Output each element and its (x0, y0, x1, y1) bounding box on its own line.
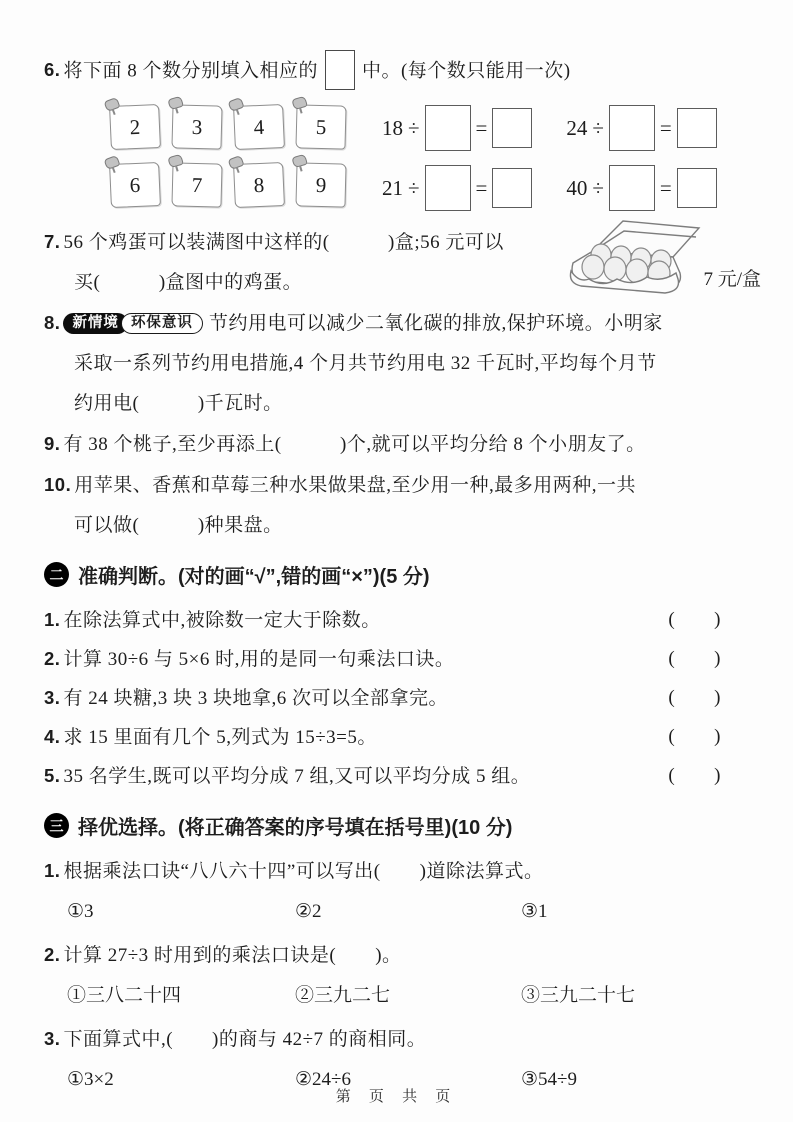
question-8-line3: 约用电( )千瓦时。 (44, 389, 753, 418)
quotient-box[interactable] (677, 168, 717, 208)
division-equation: 18÷= (382, 105, 532, 151)
question-7-text: 56 个鸡蛋可以装满图中这样的( )盒;56 元可以 (63, 232, 503, 253)
pushpin-icon (291, 96, 308, 111)
dividend: 21 (382, 176, 403, 201)
mc-number: 3. (44, 1028, 60, 1049)
tf-item: 5.35 名学生,既可以平均分成 7 组,又可以平均分成 5 组。 ( ) (44, 761, 753, 791)
question-10-line1: 10.用苹果、香蕉和草莓三种水果做果盘,至少用一种,最多用两种,一共 (44, 470, 753, 500)
tf-statement: 求 15 里面有几个 5,列式为 15÷3=5。 (63, 727, 376, 748)
mc-option[interactable]: ①3 (67, 897, 295, 926)
question-6-text-after: 中。(每个数只能用一次) (362, 60, 571, 81)
section-3-title: 择优选择。(将正确答案的序号填在括号里)(10 分) (78, 811, 512, 840)
pushpin-icon (228, 97, 245, 112)
tf-answer-blank[interactable]: ( ) (668, 722, 721, 752)
card-value: 6 (129, 172, 141, 197)
mc-options: ①3 ②2 ③1 (44, 897, 753, 926)
number-card: 7 (171, 162, 222, 207)
question-8-line2: 采取一系列节约用电措施,4 个月共节约用电 32 千瓦时,平均每个月节 (44, 349, 753, 378)
mc-item: 2.计算 27÷3 时用到的乘法口诀是( )。 ①三八二十四 ②三九二七 ③三九… (44, 940, 753, 1010)
divisor-box[interactable] (425, 105, 471, 151)
tf-answer-blank[interactable]: ( ) (668, 605, 721, 635)
equals-sign: = (476, 176, 488, 201)
mc-number: 2. (44, 944, 60, 965)
tf-item: 4.求 15 里面有几个 5,列式为 15÷3=5。 ( ) (44, 722, 753, 752)
quotient-box[interactable] (677, 108, 717, 148)
question-8: 8.新情境环保意识节约用电可以减少二氧化碳的排放,保护环境。小明家 采取一系列节… (44, 308, 753, 418)
tf-answer-blank[interactable]: ( ) (668, 761, 721, 791)
tf-number: 2. (44, 648, 60, 669)
equals-sign: = (660, 176, 672, 201)
quotient-box[interactable] (492, 168, 532, 208)
mc-stem: 1.根据乘法口诀“八八六十四”可以写出( )道除法算式。 (44, 856, 753, 886)
dividend: 18 (382, 116, 403, 141)
card-value: 3 (191, 114, 202, 139)
tf-number: 3. (44, 687, 60, 708)
divisor-box[interactable] (609, 165, 655, 211)
number-card: 2 (109, 104, 161, 150)
division-equations: 18÷= 24÷= 21÷= 40÷= (382, 105, 717, 211)
card-value: 7 (191, 172, 202, 197)
egg-price-label: 7 元/盒 (703, 264, 761, 291)
mc-text: 根据乘法口诀“八八六十四”可以写出( )道除法算式。 (63, 861, 543, 882)
mc-options: ①三八二十四 ②三九二七 ③三九二十七 (44, 981, 753, 1010)
tf-statement: 35 名学生,既可以平均分成 7 组,又可以平均分成 5 组。 (63, 766, 530, 787)
mc-item: 1.根据乘法口诀“八八六十四”可以写出( )道除法算式。 ①3 ②2 ③1 (44, 856, 753, 926)
number-card: 9 (295, 162, 346, 207)
question-8-line1: 8.新情境环保意识节约用电可以减少二氧化碳的排放,保护环境。小明家 (44, 308, 753, 338)
question-8-number: 8. (44, 312, 60, 333)
tf-item: 2.计算 30÷6 与 5×6 时,用的是同一句乘法口诀。 ( ) (44, 644, 753, 674)
tf-text: 2.计算 30÷6 与 5×6 时,用的是同一句乘法口诀。 (44, 644, 454, 674)
mc-text: 计算 27÷3 时用到的乘法口诀是( )。 (63, 945, 401, 966)
tf-text: 4.求 15 里面有几个 5,列式为 15÷3=5。 (44, 722, 377, 752)
tf-statement: 在除法算式中,被除数一定大于除数。 (63, 610, 380, 631)
divide-sign: ÷ (592, 176, 604, 201)
tf-text: 5.35 名学生,既可以平均分成 7 组,又可以平均分成 5 组。 (44, 761, 530, 791)
pushpin-icon (291, 154, 308, 169)
number-cards: 2 3 4 5 6 7 8 9 (110, 105, 356, 211)
section-2-header: 二 准确判断。(对的画“√”,错的画“×”)(5 分) (44, 560, 753, 589)
tf-answer-blank[interactable]: ( ) (668, 644, 721, 674)
mc-text: 下面算式中,( )的商与 42÷7 的商相同。 (63, 1029, 426, 1050)
tf-item: 1.在除法算式中,被除数一定大于除数。 ( ) (44, 605, 753, 635)
pushpin-icon (167, 96, 184, 111)
tf-number: 5. (44, 765, 60, 786)
section-3-header: 三 择优选择。(将正确答案的序号填在括号里)(10 分) (44, 811, 753, 840)
pushpin-icon (104, 97, 121, 112)
card-value: 9 (315, 172, 326, 197)
question-10-number: 10. (44, 474, 71, 495)
divide-sign: ÷ (408, 116, 420, 141)
number-card: 3 (171, 104, 222, 149)
tf-statement: 计算 30÷6 与 5×6 时,用的是同一句乘法口诀。 (63, 649, 454, 670)
mc-number: 1. (44, 860, 60, 881)
pushpin-icon (167, 154, 184, 169)
question-7-number: 7. (44, 231, 60, 252)
section-2-icon: 二 (44, 562, 69, 587)
equals-sign: = (660, 116, 672, 141)
question-10-line2: 可以做( )种果盘。 (44, 511, 753, 540)
mc-option[interactable]: ③三九二十七 (521, 981, 753, 1010)
card-value: 8 (253, 172, 265, 197)
dividend: 24 (566, 116, 587, 141)
mc-stem: 3.下面算式中,( )的商与 42÷7 的商相同。 (44, 1024, 753, 1054)
question-8-text: 节约用电可以减少二氧化碳的排放,保护环境。小明家 (209, 313, 663, 334)
tf-number: 1. (44, 609, 60, 630)
card-value: 2 (129, 114, 141, 139)
question-6-text-before: 将下面 8 个数分别填入相应的 (63, 60, 318, 81)
mc-option[interactable]: ①三八二十四 (67, 981, 295, 1010)
tf-statement: 有 24 块糖,3 块 3 块地拿,6 次可以全部拿完。 (63, 688, 448, 709)
division-equation: 21÷= (382, 165, 532, 211)
question-6-number: 6. (44, 59, 60, 80)
question-6-body: 2 3 4 5 6 7 8 9 18÷= 24÷= 21÷= (44, 105, 753, 211)
pushpin-icon (104, 155, 121, 170)
mc-item: 3.下面算式中,( )的商与 42÷7 的商相同。 ①3×2 ②24÷6 ③54… (44, 1024, 753, 1094)
mc-option[interactable]: ②2 (295, 897, 521, 926)
question-10: 10.用苹果、香蕉和草莓三种水果做果盘,至少用一种,最多用两种,一共 可以做( … (44, 470, 753, 540)
question-10-text: 用苹果、香蕉和草莓三种水果做果盘,至少用一种,最多用两种,一共 (74, 475, 636, 496)
page-footer: 第 页 共 页 (0, 1085, 793, 1106)
number-card: 5 (295, 104, 346, 149)
card-value: 4 (253, 114, 265, 139)
divide-sign: ÷ (408, 176, 420, 201)
equals-sign: = (476, 116, 488, 141)
quotient-box[interactable] (492, 108, 532, 148)
question-9-text: 有 38 个桃子,至少再添上( )个,就可以平均分给 8 个小朋友了。 (63, 434, 645, 455)
divisor-box[interactable] (609, 105, 655, 151)
tf-text: 3.有 24 块糖,3 块 3 块地拿,6 次可以全部拿完。 (44, 683, 448, 713)
worksheet-page: 6.将下面 8 个数分别填入相应的中。(每个数只能用一次) 2 3 4 5 6 … (0, 0, 793, 1122)
section-2-title: 准确判断。(对的画“√”,错的画“×”)(5 分) (78, 560, 430, 589)
question-9-number: 9. (44, 433, 60, 454)
eco-awareness-badge: 环保意识 (121, 313, 203, 334)
dividend: 40 (566, 176, 587, 201)
divide-sign: ÷ (592, 116, 604, 141)
true-false-list: 1.在除法算式中,被除数一定大于除数。 ( ) 2.计算 30÷6 与 5×6 … (44, 605, 753, 791)
new-context-badge: 新情境 (63, 313, 128, 334)
tf-text: 1.在除法算式中,被除数一定大于除数。 (44, 605, 381, 635)
question-6: 6.将下面 8 个数分别填入相应的中。(每个数只能用一次) 2 3 4 5 6 … (44, 50, 753, 211)
card-value: 5 (315, 114, 326, 139)
multiple-choice-list: 1.根据乘法口诀“八八六十四”可以写出( )道除法算式。 ①3 ②2 ③1 2.… (44, 856, 753, 1094)
number-card: 6 (109, 162, 161, 208)
mc-option[interactable]: ②三九二七 (295, 981, 521, 1010)
division-equation: 40÷= (566, 165, 716, 211)
question-6-stem: 6.将下面 8 个数分别填入相应的中。(每个数只能用一次) (44, 50, 753, 94)
mc-option[interactable]: ③1 (521, 897, 753, 926)
division-equation: 24÷= (566, 105, 716, 151)
section-3-icon: 三 (44, 813, 69, 838)
tf-number: 4. (44, 726, 60, 747)
mc-stem: 2.计算 27÷3 时用到的乘法口诀是( )。 (44, 940, 753, 970)
question-6-inline-answer-box[interactable] (325, 50, 355, 90)
tf-item: 3.有 24 块糖,3 块 3 块地拿,6 次可以全部拿完。 ( ) (44, 683, 753, 713)
egg-carton-image (563, 213, 713, 299)
divisor-box[interactable] (425, 165, 471, 211)
question-7: 7.56 个鸡蛋可以装满图中这样的( )盒;56 元可以 买( )盒图中的鸡蛋。… (44, 227, 753, 297)
egg-carton-figure: 7 元/盒 (563, 213, 761, 299)
number-card: 8 (233, 162, 285, 208)
pushpin-icon (228, 155, 245, 170)
tf-answer-blank[interactable]: ( ) (668, 683, 721, 713)
question-9: 9.有 38 个桃子,至少再添上( )个,就可以平均分给 8 个小朋友了。 (44, 429, 753, 459)
number-card: 4 (233, 104, 285, 150)
